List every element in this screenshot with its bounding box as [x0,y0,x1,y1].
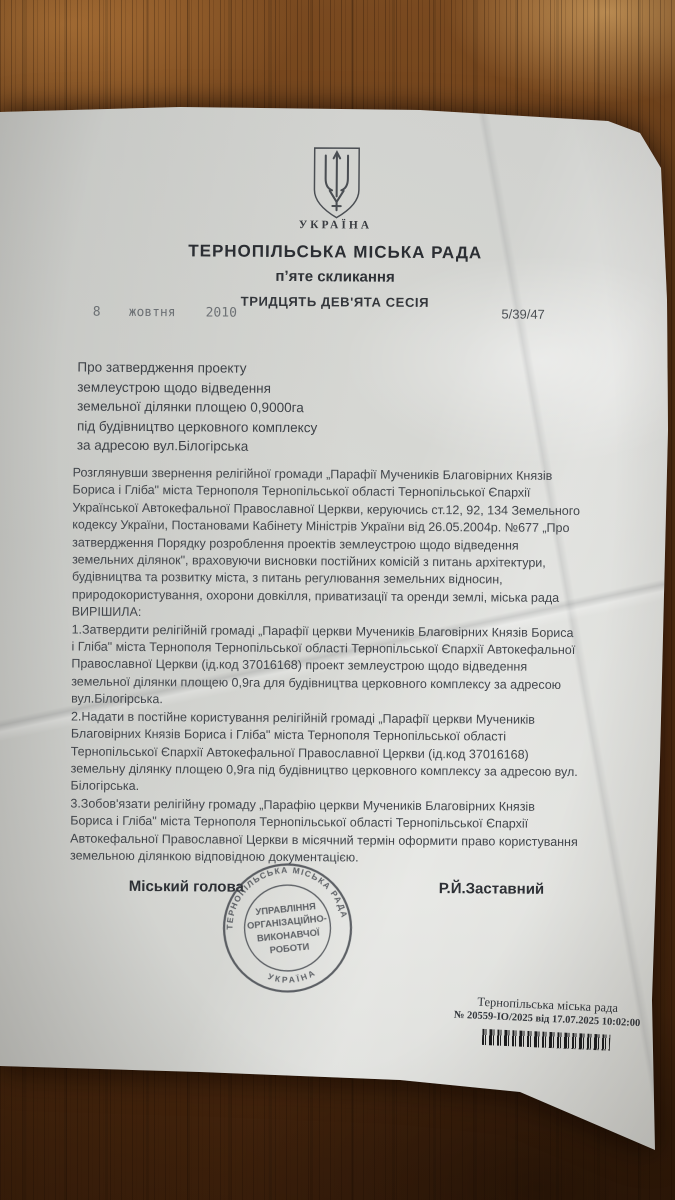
photo-of-document: УКРАЇНА ТЕРНОПІЛЬСЬКА МІСЬКА РАДА п’яте … [0,0,675,1200]
decision-number: 5/39/47 [501,307,544,322]
decision-body: Розглянувши звернення релігійної громади… [70,465,581,869]
barcode [482,1029,611,1051]
date-and-number-row: 8 жовтня 2010 5/39/47 [93,304,545,323]
date-month: жовтня [129,305,176,320]
ukraine-trident-emblem-icon [300,145,373,222]
subject-line: земельної ділянки площею 0,9000га [77,397,437,419]
date-day: 8 [93,305,101,320]
stamp-center-line: ВИКОНАВЧОЇ [257,927,321,943]
subject-line: під будівництво церковного комплексу [77,416,437,438]
document-page: УКРАЇНА ТЕРНОПІЛЬСЬКА МІСЬКА РАДА п’яте … [0,0,675,1200]
subject-block: Про затвердження проекту землеустрою щод… [77,358,438,458]
convocation-line: п’яте скликання [85,267,585,287]
subject-line: за адресою вул.Білогірська [77,436,437,458]
registration-stamp-block: Тернопільська міська рада № 20559-ІО/202… [432,993,662,1053]
subject-line: Про затвердження проекту [77,358,437,380]
document-content: УКРАЇНА ТЕРНОПІЛЬСЬКА МІСЬКА РАДА п’яте … [0,0,675,1200]
preamble-paragraph: Розглянувши звернення релігійної громади… [72,465,581,608]
resolution-item-1: 1.Затвердити релігійній громаді „Парафії… [71,621,580,712]
council-title: ТЕРНОПІЛЬСЬКА МІСЬКА РАДА [85,241,585,264]
date-year: 2010 [206,305,237,320]
subject-line: землеустрою щодо відведення [77,377,437,399]
round-ink-stamp: ТЕРНОПІЛЬСЬКА МІСЬКА РАДА УКРАЇНА УПРАВЛ… [211,852,364,1005]
signer-name: Р.Й.Заставний [439,880,544,898]
paper-sheet-wrap: УКРАЇНА ТЕРНОПІЛЬСЬКА МІСЬКА РАДА п’яте … [0,0,675,1200]
resolution-item-2: 2.Надати в постійне користування релігій… [70,708,579,799]
stamp-center-line: РОБОТИ [269,941,310,955]
emblem-caption: УКРАЇНА [235,219,435,232]
stamp-ring-bottom-text: УКРАЇНА [266,967,319,987]
svg-text:УКРАЇНА: УКРАЇНА [266,967,319,987]
